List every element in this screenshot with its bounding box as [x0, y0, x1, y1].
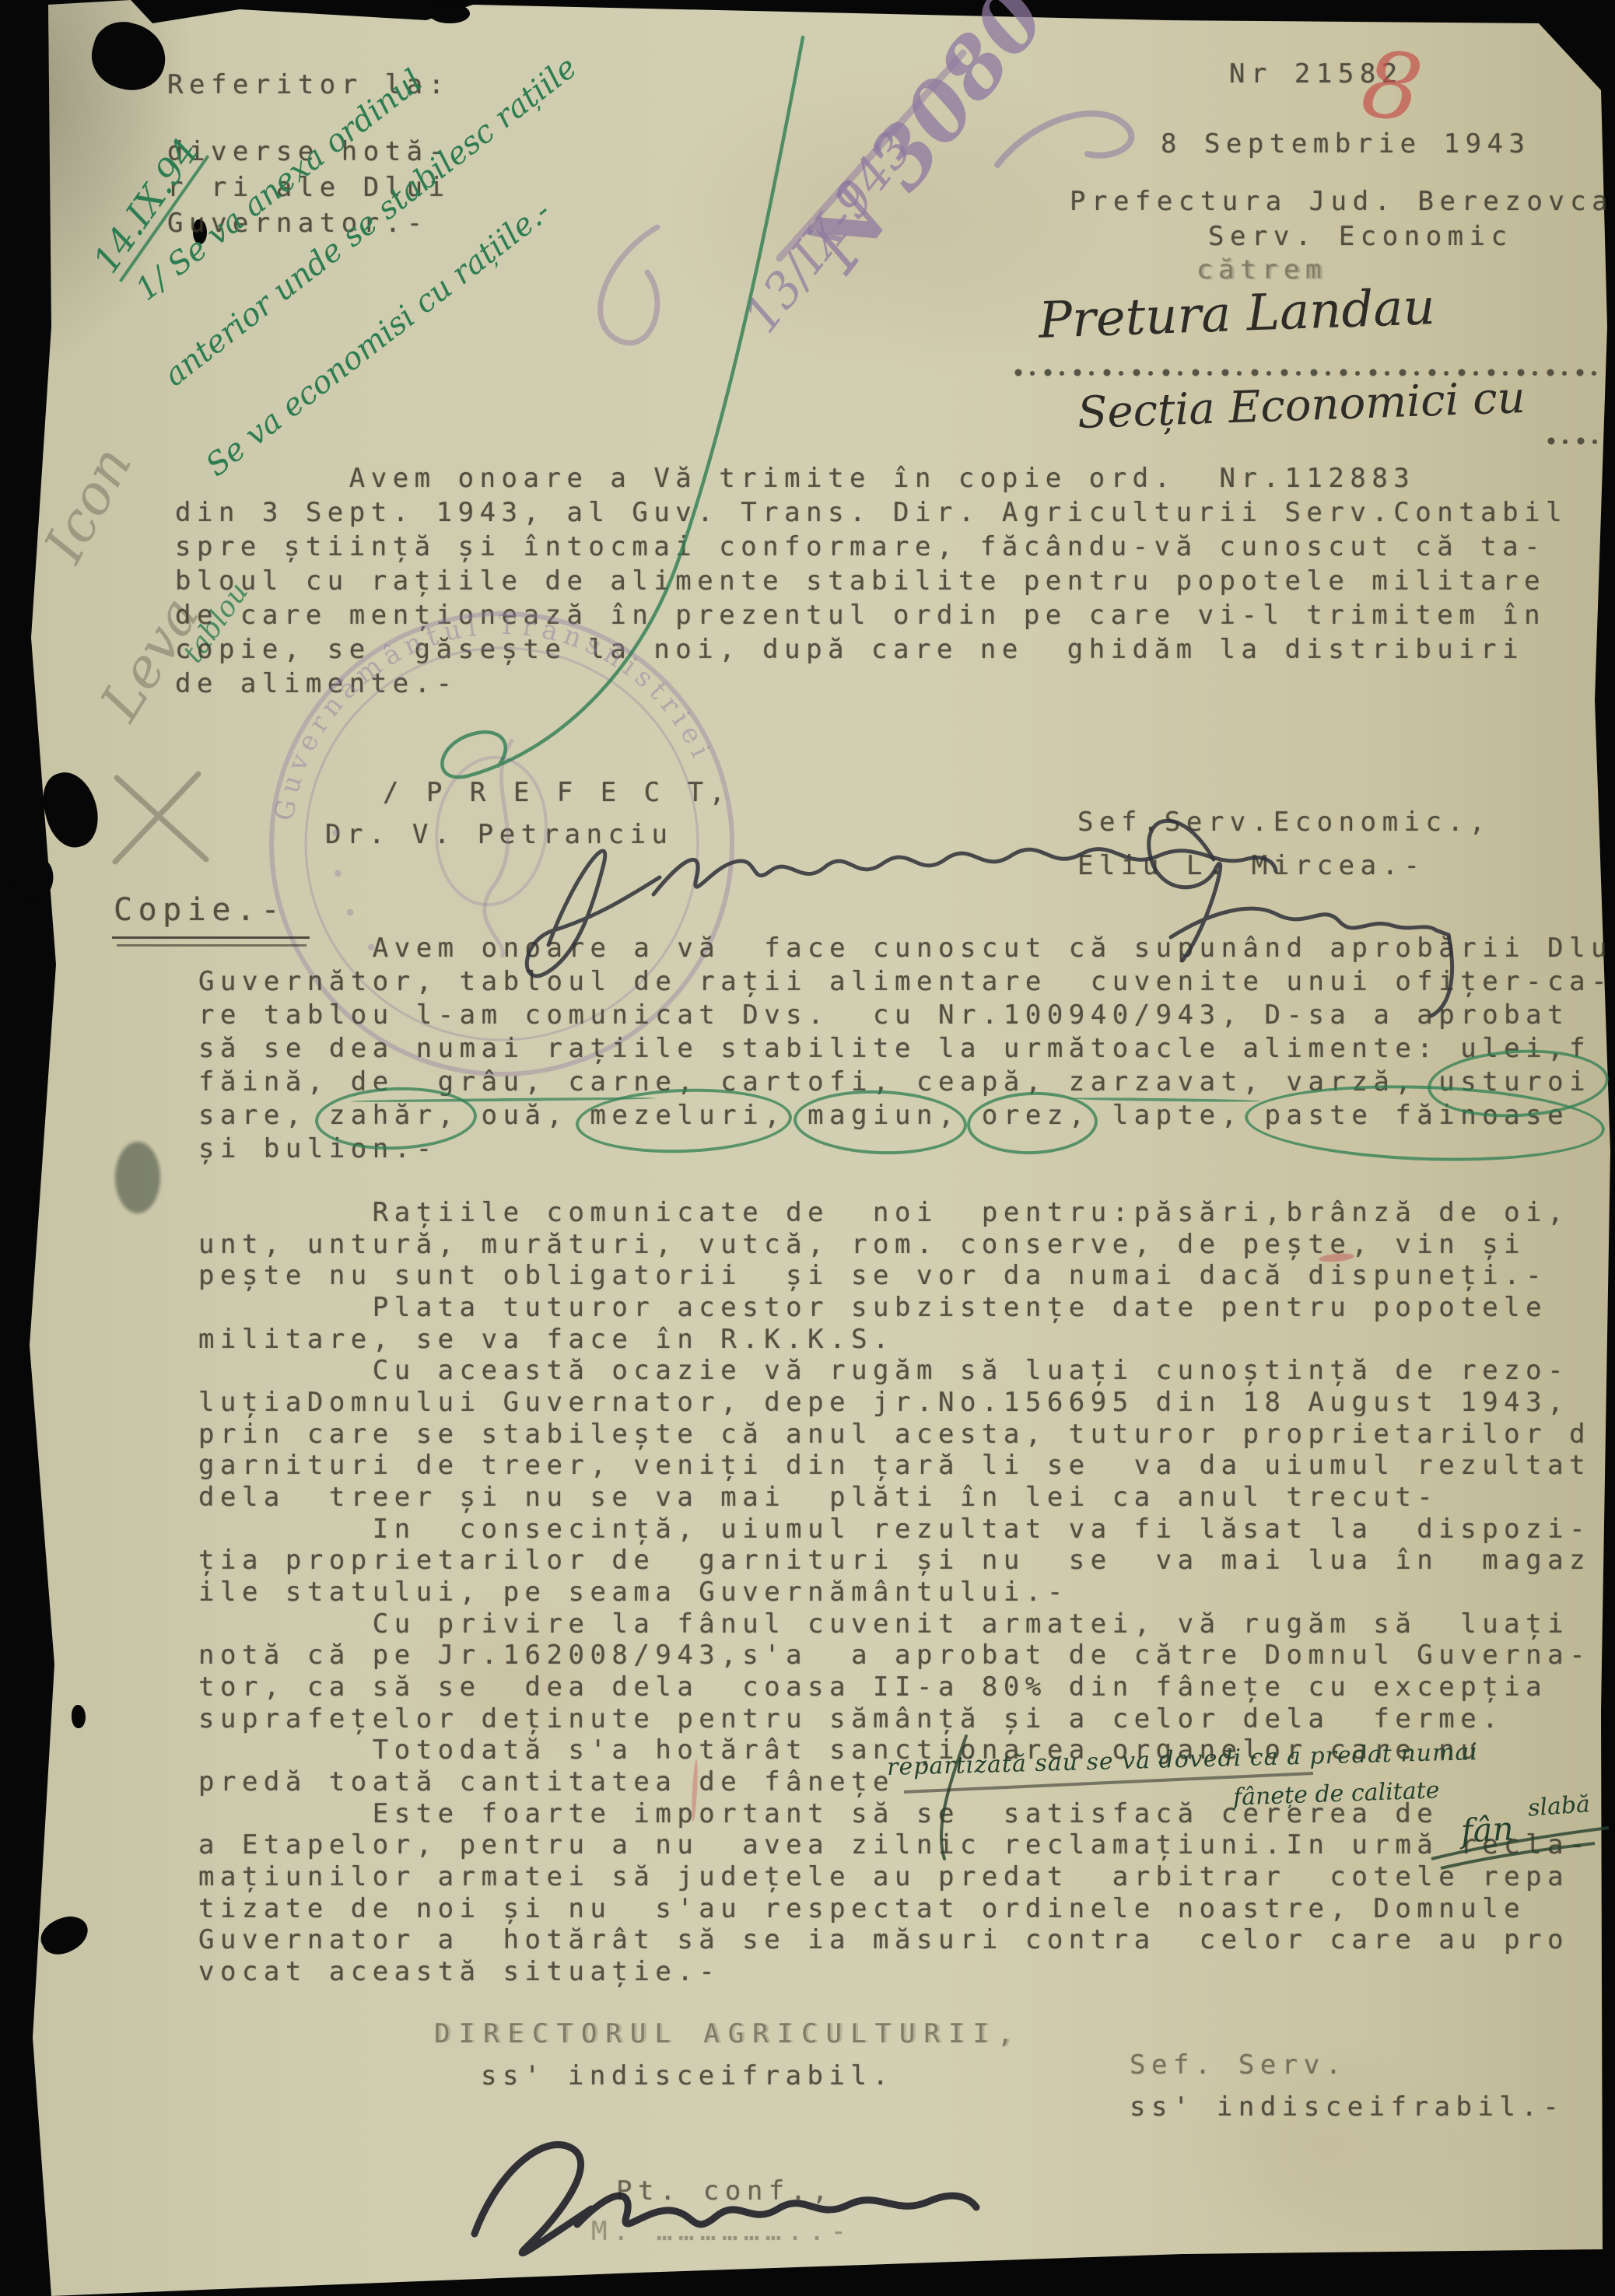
signature-bottom	[475, 2144, 976, 2252]
pencil-cross	[115, 774, 206, 862]
signature-mircea	[1149, 821, 1452, 1016]
signature-petranciu	[527, 849, 1276, 976]
strike-through	[904, 1773, 1313, 1792]
ink-strokes	[0, 0, 1615, 2296]
violet-loop	[601, 227, 657, 343]
scanned-letter: Referitor la: diverse hotă- r ri ale Dlu…	[0, 0, 1615, 2296]
fan-underline	[1431, 1828, 1609, 1868]
violet-swoosh	[997, 114, 1131, 165]
green-flourish	[442, 37, 803, 777]
hw-descender	[941, 1736, 966, 1859]
violet-stroke	[779, 53, 963, 258]
